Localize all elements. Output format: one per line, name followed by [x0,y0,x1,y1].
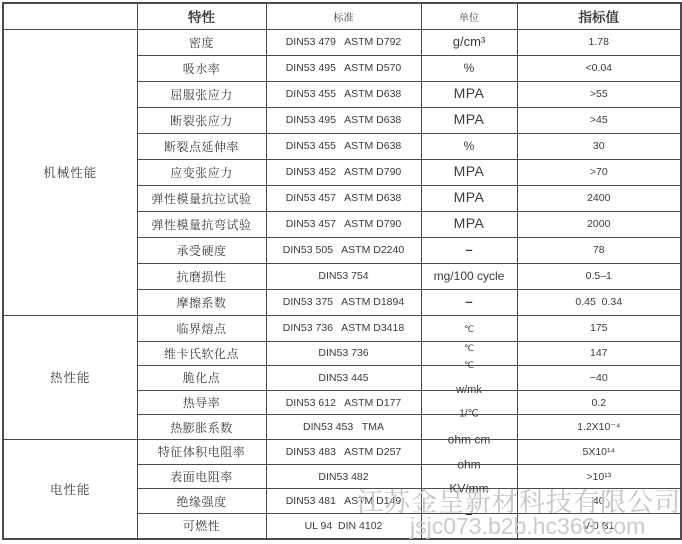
property-name-cell: 密度 [137,29,266,55]
material-datasheet-page: 特性 标准 单位 指标值 机械性能密度DIN53 479 ASTM D792g/… [0,0,682,544]
property-name-cell: 吸水率 [137,55,266,81]
unit-label: – [465,243,472,256]
unit-cell: % [421,55,517,81]
standard-cell: DIN53 455 ASTM D638 [266,133,421,159]
property-name-cell: 弹性模量抗弯试验 [137,211,266,237]
standard-cell: DIN53 457 ASTM D790 [266,211,421,237]
value-cell: 175 [517,315,681,341]
property-name-cell: 弹性模量抗拉试验 [137,185,266,211]
standard-cell: DIN53 495 ASTM D570 [266,55,421,81]
property-name-cell: 热膨胀系数 [137,415,266,440]
group-label: 机械性能 [3,29,137,315]
value-cell: 1.78 [517,29,681,55]
unit-label: ℃ [464,325,474,334]
property-name-cell: 抗磨损性 [137,263,266,289]
table-row: 电性能特征体积电阻率DIN53 483 ASTM D257ohm cm5X10¹… [3,440,681,465]
unit-label: MPA [454,164,485,178]
value-cell: >45 [517,107,681,133]
value-cell: 78 [517,237,681,263]
property-name-cell: 应变张应力 [137,159,266,185]
property-name-cell: 绝缘强度 [137,489,266,514]
value-cell: 147 [517,341,681,366]
unit-label: MPA [454,86,485,100]
standard-cell: DIN53 505 ASTM D2240 [266,237,421,263]
standard-cell: DIN53 453 TMA [266,415,421,440]
unit-cell: – [421,513,517,539]
header-standard: 标准 [266,3,421,29]
table-row: 机械性能密度DIN53 479 ASTM D792g/cm³1.78 [3,29,681,55]
group-label: 热性能 [3,315,137,440]
unit-label: – [422,507,517,519]
property-name-cell: 摩擦系数 [137,289,266,315]
property-name-cell: 断裂点延伸率 [137,133,266,159]
standard-cell: DIN53 481 ASTM D149 [266,489,421,514]
property-name-cell: 承受硬度 [137,237,266,263]
unit-label: ℃ [422,344,517,353]
unit-cell: – [421,237,517,263]
unit-cell: MPA [421,211,517,237]
standard-cell: DIN53 452 ASTM D790 [266,159,421,185]
property-name-cell: 表面电阻率 [137,464,266,489]
unit-label: g/cm³ [453,35,486,48]
unit-cell: MPA [421,159,517,185]
standard-cell: DIN53 375 ASTM D1894 [266,289,421,315]
value-cell: −40 [517,366,681,391]
unit-cell: MPA [421,107,517,133]
unit-label: ohm [422,458,517,470]
standard-cell: DIN53 483 ASTM D257 [266,440,421,465]
value-cell: 1.2X10⁻⁴ [517,415,681,440]
value-cell: 2000 [517,211,681,237]
header-row: 特性 标准 单位 指标值 [3,3,681,29]
header-property: 特性 [137,3,266,29]
unit-label: w/mk [422,385,517,396]
value-cell: <0.04 [517,55,681,81]
property-name-cell: 屈服张应力 [137,81,266,107]
value-cell: 5X10¹⁴ [517,440,681,465]
unit-label: MPA [454,216,485,230]
unit-cell: g/cm³ [421,29,517,55]
standard-cell: UL 94 DIN 4102 [266,513,421,539]
standard-cell: DIN53 479 ASTM D792 [266,29,421,55]
unit-cell: ℃ [421,315,517,341]
unit-cell: – [421,289,517,315]
unit-cell: mg/100 cycle [421,263,517,289]
unit-label: MPA [454,190,485,204]
unit-label: ohm cm [422,433,517,445]
header-group-cell [3,3,137,29]
value-cell: >70 [517,159,681,185]
property-name-cell: 脆化点 [137,366,266,391]
standard-cell: DIN53 445 [266,366,421,391]
property-name-cell: 可燃性 [137,513,266,539]
unit-label: % [464,140,475,152]
value-cell: 0.2 [517,390,681,415]
table-row: 热性能临界熔点DIN53 736 ASTM D3418℃175 [3,315,681,341]
unit-label: MPA [454,112,485,126]
unit-label: 1/℃ [422,410,517,420]
value-cell: 0.45 0.34 [517,289,681,315]
value-cell: V-0 B1 [517,513,681,539]
header-unit: 单位 [421,3,517,29]
unit-label: KV/mm [422,483,517,495]
value-cell: 40 [517,489,681,514]
standard-cell: DIN53 495 ASTM D638 [266,107,421,133]
standard-cell: DIN53 612 ASTM D177 [266,390,421,415]
property-name-cell: 临界熔点 [137,315,266,341]
unit-cell: % [421,133,517,159]
standard-cell: DIN53 482 [266,464,421,489]
value-cell: >10¹³ [517,464,681,489]
unit-cell: MPA [421,185,517,211]
standard-cell: DIN53 736 [266,341,421,366]
value-cell: 0.5–1 [517,263,681,289]
unit-label: ℃ [422,361,517,370]
property-name-cell: 热导率 [137,390,266,415]
standard-cell: DIN53 736 ASTM D3418 [266,315,421,341]
value-cell: 2400 [517,185,681,211]
group-label: 电性能 [3,440,137,539]
standard-cell: DIN53 754 [266,263,421,289]
property-name-cell: 维卡氏软化点 [137,341,266,366]
header-value: 指标值 [517,3,681,29]
unit-label: – [465,295,472,308]
standard-cell: DIN53 455 ASTM D638 [266,81,421,107]
unit-label: mg/100 cycle [434,270,505,282]
standard-cell: DIN53 457 ASTM D638 [266,185,421,211]
property-name-cell: 断裂张应力 [137,107,266,133]
property-name-cell: 特征体积电阻率 [137,440,266,465]
unit-cell: MPA [421,81,517,107]
value-cell: >55 [517,81,681,107]
unit-label: % [464,62,475,74]
material-properties-table: 特性 标准 单位 指标值 机械性能密度DIN53 479 ASTM D792g/… [2,2,682,540]
value-cell: 30 [517,133,681,159]
